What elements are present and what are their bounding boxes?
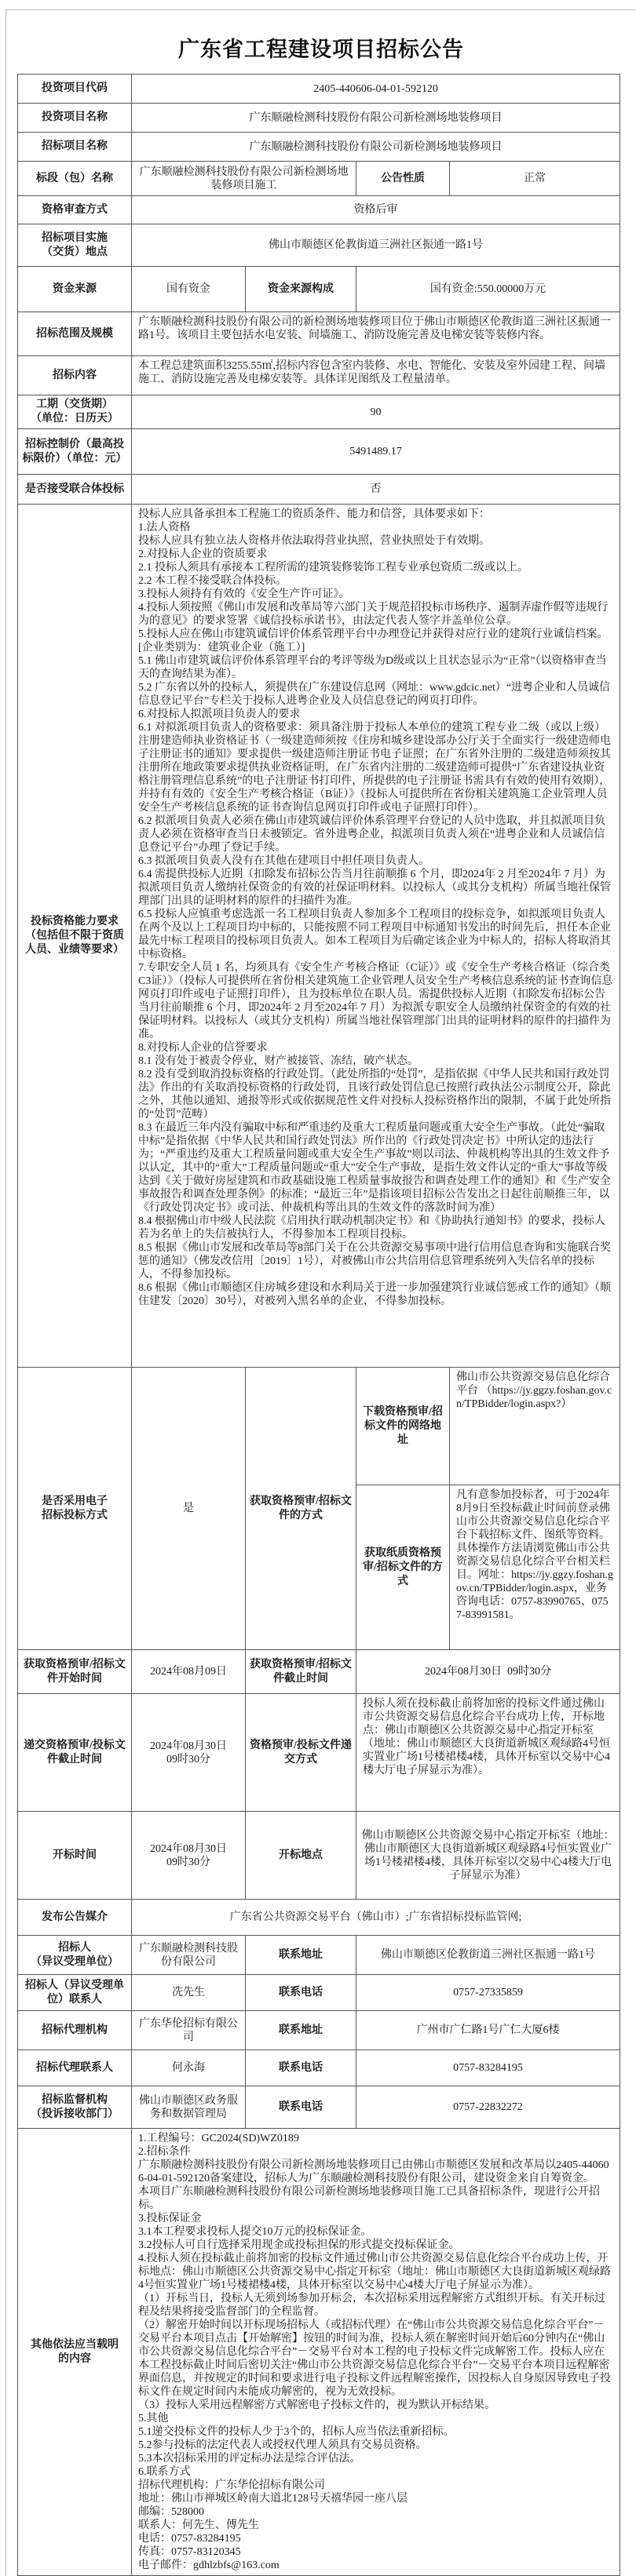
funding-composition-label: 资金来源构成 <box>246 267 356 312</box>
project-name-label: 投资项目名称 <box>18 104 132 133</box>
row-tenderer-contact: 招标人（异议受理单位）联系人 冼先生 联系电话 0757-27335859 <box>18 1975 620 2011</box>
opening-time-label: 开标时间 <box>18 1812 132 1900</box>
control-price-label: 招标控制价（最高投标限价）（单位：元） <box>18 429 132 475</box>
row-supervisor: 招标监督机构 （投诉接收部门） 佛山市顺德区政务服务和数据管理局 联系电话 07… <box>18 2086 620 2129</box>
agency-contact-label: 招标代理联系人 <box>18 2050 132 2086</box>
download-url-label: 下载资格预审/招标文件的网络地址 <box>356 1368 450 1485</box>
row-qualification-review: 资格审查方式 资格后审 <box>18 196 620 224</box>
row-project-code: 投资项目代码 2405-440606-04-01-592120 <box>18 75 620 104</box>
agency-contact-value: 何永海 <box>132 2050 246 2086</box>
download-url-value: 佛山市公共资源交易信息化综合平台 （https://jy.ggzy.foshan… <box>450 1368 620 1485</box>
joint-bid-label: 是否接受联合体投标 <box>18 475 132 505</box>
row-agency: 招标代理机构 广东华伦招标有限公司 联系地址 广州市广仁路1号广仁大厦6楼 <box>18 2011 620 2050</box>
row-content: 招标内容 本工程总建筑面积3255.55㎡,招标内容包含室内装修、水电、智能化、… <box>18 356 620 395</box>
obtain-end-value: 2024年08月30日 09时30分 <box>356 1650 620 1694</box>
row-agency-contact: 招标代理联系人 何永海 联系电话 0757-83284195 <box>18 2050 620 2086</box>
content-value: 本工程总建筑面积3255.55㎡,招标内容包含室内装修、水电、智能化、安装及室外… <box>132 356 620 395</box>
agency-address-value: 广州市广仁路1号广仁大厦6楼 <box>356 2011 620 2050</box>
row-media: 发布公告媒介 广东省公共资源交易平台（佛山市）;广东省招标投标监管网; <box>18 1900 620 1936</box>
page-title: 广东省工程建设项目招标公告 <box>6 10 636 74</box>
row-section-name: 标段（包）名称 广东顺融检测科技股份有限公司新检测场地装修项目施工 公告性质 正… <box>18 162 620 196</box>
other-content-value: 1.工程编号：GC2024(SD)WZ0189 2.招标条件 广东顺融检测科技股… <box>132 2129 620 2576</box>
tender-name-label: 招标项目名称 <box>18 133 132 162</box>
control-price-value: 5491489.17 <box>132 429 620 475</box>
media-value: 广东省公共资源交易平台（佛山市）;广东省招标投标监管网; <box>132 1900 620 1936</box>
funding-label: 资金来源 <box>18 267 132 312</box>
funding-value: 国有资金 <box>132 267 246 312</box>
row-tender-name: 招标项目名称 广东顺融检测科技股份有限公司新检测场地装修项目 <box>18 133 620 162</box>
content-label: 招标内容 <box>18 356 132 395</box>
tenderer-phone-value: 0757-27335859 <box>356 1975 620 2011</box>
agency-address-label: 联系地址 <box>246 2011 356 2050</box>
tenderer-contact-value: 冼先生 <box>132 1975 246 2011</box>
supervisor-value: 佛山市顺德区政务服务和数据管理局 <box>132 2086 246 2129</box>
notice-nature-label: 公告性质 <box>356 162 450 196</box>
tenderer-label: 招标人 （异议受理单位） <box>18 1936 132 1975</box>
agency-phone-value: 0757-83284195 <box>356 2050 620 2086</box>
agency-label: 招标代理机构 <box>18 2011 132 2050</box>
e-bidding-label: 是否采用电子 招标投标方式 <box>18 1368 132 1650</box>
agency-phone-label: 联系电话 <box>246 2050 356 2086</box>
agency-value: 广东华伦招标有限公司 <box>132 2011 246 2050</box>
qualification-review-label: 资格审查方式 <box>18 196 132 224</box>
tenderer-address-label: 联系地址 <box>246 1936 356 1975</box>
row-location: 招标项目实施 （交货）地点 佛山市顺德区伦教街道三洲社区振通一路1号 <box>18 224 620 267</box>
media-label: 发布公告媒介 <box>18 1900 132 1936</box>
obtain-start-value: 2024年08月09日 <box>132 1650 246 1694</box>
opening-place-label: 开标地点 <box>246 1812 356 1900</box>
row-opening: 开标时间 2024年08月30日 09时30分 开标地点 佛山市顺德区公共资源交… <box>18 1812 620 1900</box>
announcement-page: 广东省工程建设项目招标公告 投资项目代码 2405-440606-04-01-5… <box>5 9 636 2576</box>
location-value: 佛山市顺德区伦教街道三洲社区振通一路1号 <box>132 224 620 267</box>
supervisor-phone-value: 0757-22832272 <box>356 2086 620 2129</box>
scope-label: 招标范围及规模 <box>18 312 132 356</box>
tenderer-value: 广东顺融检测科技股份有限公司 <box>132 1936 246 1975</box>
other-content-label: 其他依法应当载明 的内容 <box>18 2129 132 2576</box>
row-obtain-time: 获取资格预审/招标文件开始时间 2024年08月09日 获取资格预审/招标文件截… <box>18 1650 620 1694</box>
row-e-bidding: 是否采用电子 招标投标方式 是 获取资格预审/招标文件的方式 下载资格预审/招标… <box>18 1368 620 1485</box>
qualification-review-value: 资格后审 <box>132 196 620 224</box>
paper-obtain-value: 凡有意参加投标者，可于2024年8月9日至投标截止时间前登录佛山市公共资源交易信… <box>450 1485 620 1650</box>
qualification-requirements-value: 投标人应具备承担本工程施工的资质条件、能力和信誉，具体要求如下： 1.法人资格 … <box>132 505 620 1368</box>
funding-composition-value: 国有资金:550.00000万元 <box>356 267 620 312</box>
section-name-label: 标段（包）名称 <box>18 162 132 196</box>
e-bidding-value: 是 <box>132 1368 246 1650</box>
qualification-requirements-label: 投标资格能力要求（包括但不限于资质人员、业绩等要求） <box>18 505 132 1368</box>
obtain-method-label: 获取资格预审/招标文件的方式 <box>246 1368 356 1650</box>
row-project-name: 投资项目名称 广东顺融检测科技股份有限公司新检测场地装修项目 <box>18 104 620 133</box>
submit-method-value: 投标人须在投标截止前将加密的投标文件通过佛山市公共资源交易信息化综合平台成功上传… <box>356 1694 620 1812</box>
row-duration: 工期（交货期） （单位：日历天） 90 <box>18 395 620 429</box>
row-tenderer: 招标人 （异议受理单位） 广东顺融检测科技股份有限公司 联系地址 佛山市顺德区伦… <box>18 1936 620 1975</box>
opening-time-value: 2024年08月30日 09时30分 <box>132 1812 246 1900</box>
supervisor-phone-label: 联系电话 <box>246 2086 356 2129</box>
paper-obtain-label: 获取纸质资格预审/招标文件的方式 <box>356 1485 450 1650</box>
notice-nature-value: 正常 <box>450 162 620 196</box>
obtain-start-label: 获取资格预审/招标文件开始时间 <box>18 1650 132 1694</box>
tenderer-contact-label: 招标人（异议受理单位）联系人 <box>18 1975 132 2011</box>
section-name-value: 广东顺融检测科技股份有限公司新检测场地装修项目施工 <box>132 162 356 196</box>
row-funding: 资金来源 国有资金 资金来源构成 国有资金:550.00000万元 <box>18 267 620 312</box>
submit-deadline-label: 递交资格预审/投标文件截止时间 <box>18 1694 132 1812</box>
row-submit-deadline: 递交资格预审/投标文件截止时间 2024年08月30日 09时30分 资格预审/… <box>18 1694 620 1812</box>
row-joint-bid: 是否接受联合体投标 否 <box>18 475 620 505</box>
location-label: 招标项目实施 （交货）地点 <box>18 224 132 267</box>
scope-value: 广东顺融检测科技股份有限公司的新检测场地装修项目位于佛山市顺德区伦教街道三洲社区… <box>132 312 620 356</box>
duration-value: 90 <box>132 395 620 429</box>
project-code-value: 2405-440606-04-01-592120 <box>132 75 620 104</box>
project-code-label: 投资项目代码 <box>18 75 132 104</box>
obtain-end-label: 获取资格预审/招标文件截止时间 <box>246 1650 356 1694</box>
row-other-content: 其他依法应当载明 的内容 1.工程编号：GC2024(SD)WZ0189 2.招… <box>18 2129 620 2576</box>
project-name-value: 广东顺融检测科技股份有限公司新检测场地装修项目 <box>132 104 620 133</box>
tenderer-address-value: 佛山市顺德区伦教街道三洲社区振通一路1号 <box>356 1936 620 1975</box>
duration-label: 工期（交货期） （单位：日历天） <box>18 395 132 429</box>
row-control-price: 招标控制价（最高投标限价）（单位：元） 5491489.17 <box>18 429 620 475</box>
supervisor-label: 招标监督机构 （投诉接收部门） <box>18 2086 132 2129</box>
submit-deadline-value: 2024年08月30日 09时30分 <box>132 1694 246 1812</box>
joint-bid-value: 否 <box>132 475 620 505</box>
row-scope: 招标范围及规模 广东顺融检测科技股份有限公司的新检测场地装修项目位于佛山市顺德区… <box>18 312 620 356</box>
opening-place-value: 佛山市顺德区公共资源交易中心指定开标室（地址：佛山市顺德区大良街道新城区观绿路4… <box>356 1812 620 1900</box>
tenderer-phone-label: 联系电话 <box>246 1975 356 2011</box>
tender-name-value: 广东顺融检测科技股份有限公司新检测场地装修项目 <box>132 133 620 162</box>
submit-method-label: 资格预审/投标文件递交方式 <box>246 1694 356 1812</box>
tender-announcement-table: 投资项目代码 2405-440606-04-01-592120 投资项目名称 广… <box>17 74 620 2576</box>
row-qualification-requirements: 投标资格能力要求（包括但不限于资质人员、业绩等要求） 投标人应具备承担本工程施工… <box>18 505 620 1368</box>
